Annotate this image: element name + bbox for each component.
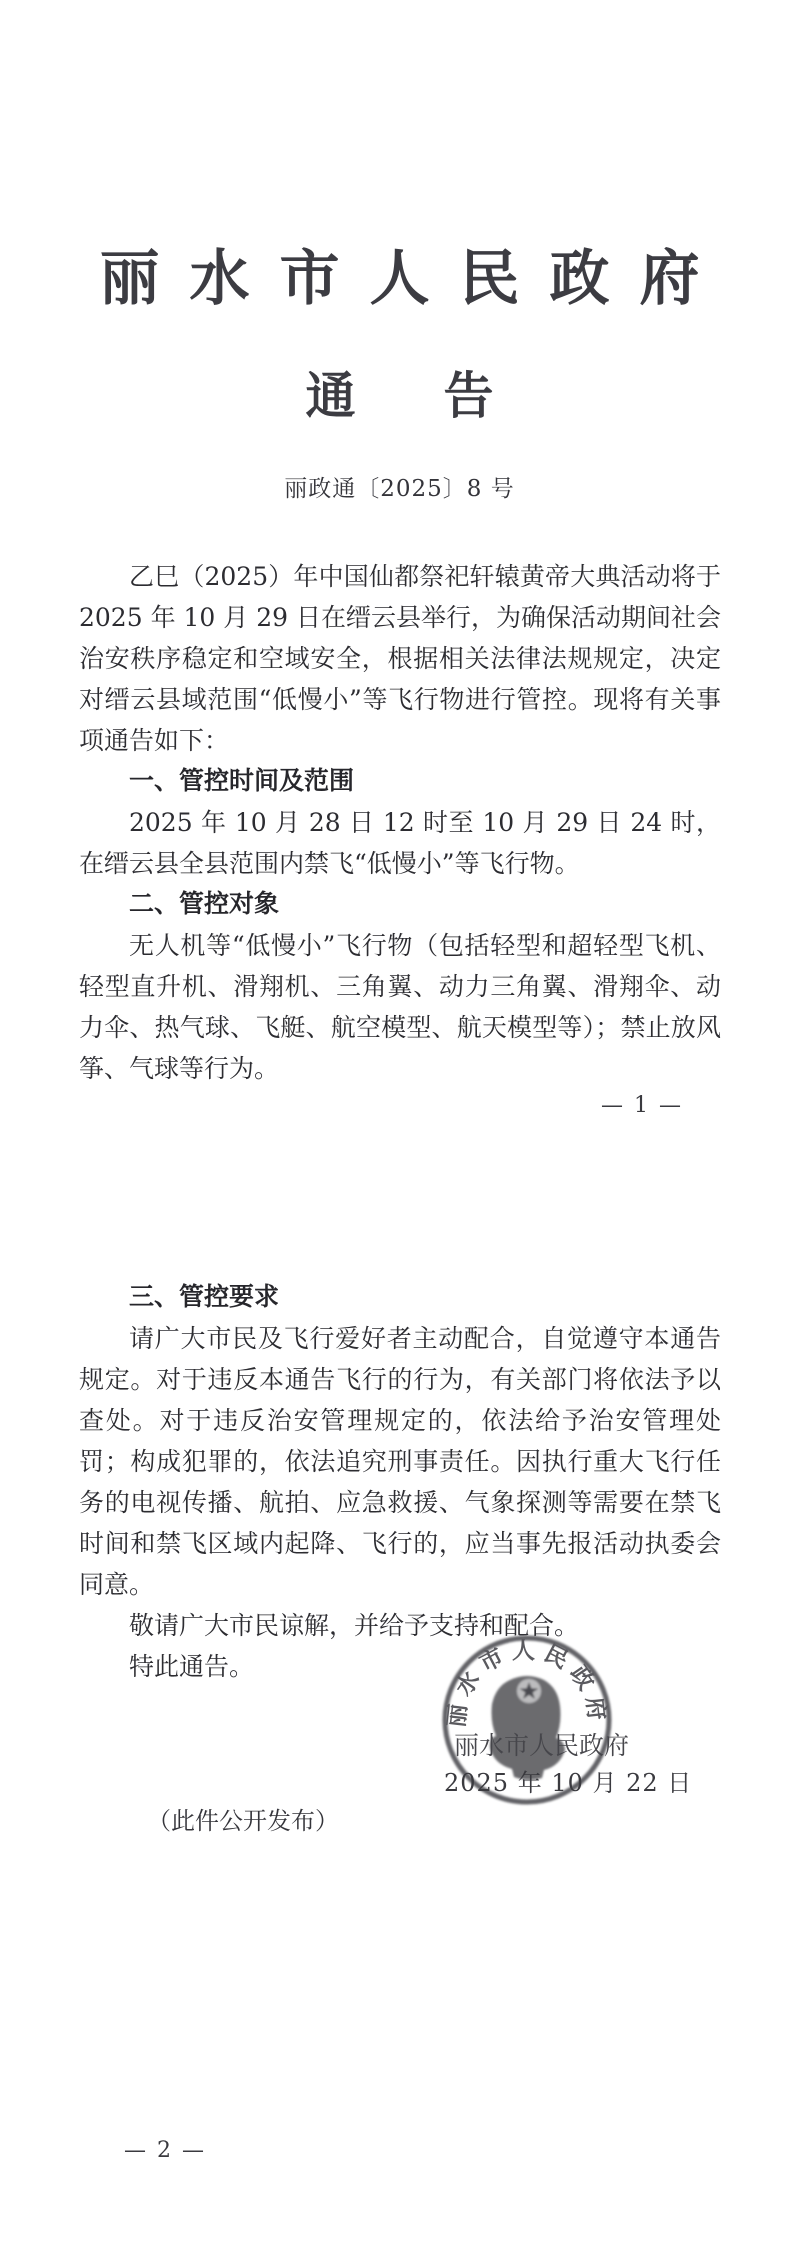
- public-release-note: （此件公开发布）: [147, 1806, 339, 1836]
- doc-number: 丽政通〔2025〕8 号: [0, 474, 799, 504]
- page2-body: 三、管控要求 请广大市民及飞行爱好者主动配合，自觉遵守本通告规定。对于违反本通告…: [79, 1277, 721, 1687]
- page1-body: 乙巳（2025）年中国仙都祭祀轩辕黄帝大典活动将于 2025 年 10 月 29…: [79, 556, 721, 1126]
- control-time-paragraph: 2025 年 10 月 28 日 12 时至 10 月 29 日 24 时，在缙…: [79, 802, 721, 884]
- control-target-paragraph: 无人机等“低慢小”飞行物（包括轻型和超轻型飞机、轻型直升机、滑翔机、三角翼、动力…: [79, 925, 721, 1089]
- issue-date: 2025 年 10 月 22 日: [444, 1768, 692, 1798]
- intro-paragraph: 乙巳（2025）年中国仙都祭祀轩辕黄帝大典活动将于 2025 年 10 月 29…: [79, 556, 721, 761]
- section-heading-2: 二、管控对象: [79, 884, 721, 925]
- doc-type-title: 通告: [0, 368, 799, 424]
- notice-document: 丽水市人民政府 通告 丽政通〔2025〕8 号 乙巳（2025）年中国仙都祭祀轩…: [0, 0, 799, 2263]
- issuer-signature: 丽水市人民政府: [454, 1731, 629, 1761]
- section-heading-3: 三、管控要求: [79, 1277, 721, 1318]
- appeal-paragraph: 敬请广大市民谅解，并给予支持和配合。: [79, 1605, 721, 1646]
- section-heading-1: 一、管控时间及范围: [79, 761, 721, 802]
- issuer-title: 丽水市人民政府: [0, 246, 799, 312]
- national-emblem-icon: [490, 1676, 565, 1780]
- page-number-2: — 2 —: [124, 2138, 206, 2164]
- closing-paragraph: 特此通告。: [79, 1646, 721, 1687]
- page-number-1: — 1 —: [79, 1085, 683, 1126]
- control-requirement-paragraph: 请广大市民及飞行爱好者主动配合，自觉遵守本通告规定。对于违反本通告飞行的行为，有…: [79, 1318, 721, 1605]
